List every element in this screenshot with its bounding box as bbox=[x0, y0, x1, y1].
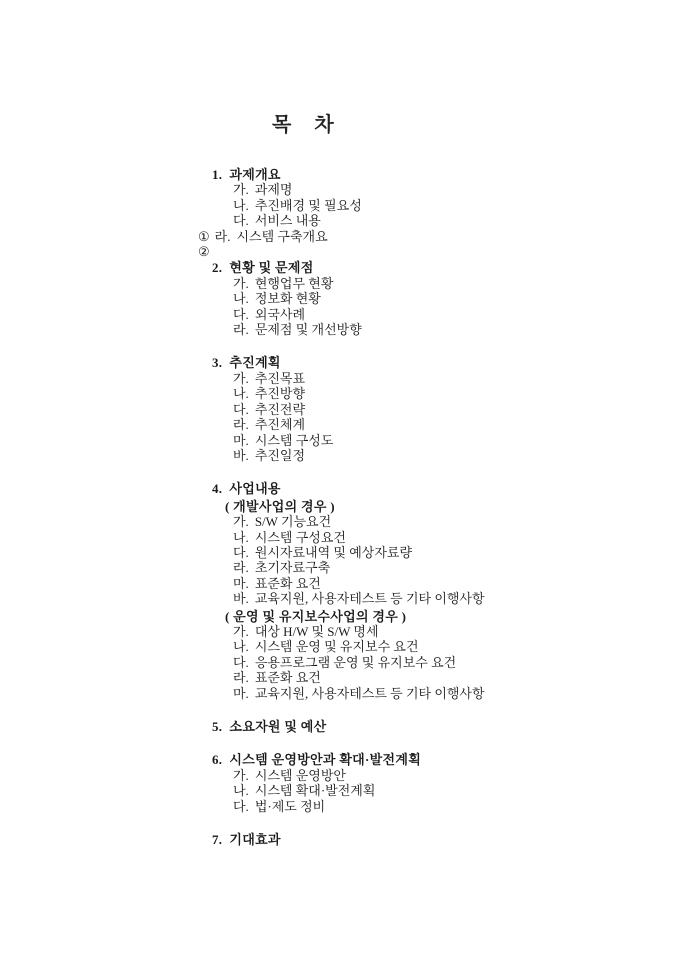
toc-item: 다.서비스 내용 bbox=[233, 213, 640, 228]
circled-number-marker: ① bbox=[198, 229, 210, 244]
item-label: 라. bbox=[233, 322, 249, 337]
item-label: 라. bbox=[233, 670, 249, 685]
toc-item: 나.정보화 현황 bbox=[233, 291, 640, 306]
toc-item: 마.시스템 구성도 bbox=[233, 433, 640, 448]
toc-item: 라.추진체계 bbox=[233, 417, 640, 432]
item-label: 다. bbox=[233, 545, 249, 560]
item-label: 다. bbox=[233, 799, 249, 814]
item-label: 나. bbox=[233, 783, 249, 798]
section-heading: 6.시스템 운영방안과 확대·발전계획 bbox=[212, 752, 640, 767]
section-number: 6. bbox=[212, 752, 222, 767]
item-text: 시스템 구성도 bbox=[255, 433, 334, 448]
item-text: 교육지원, 사용자테스트 등 기타 이행사항 bbox=[255, 591, 485, 606]
item-text: 시스템 운영 및 유지보수 요건 bbox=[255, 639, 419, 654]
item-text: 응용프로그램 운영 및 유지보수 요건 bbox=[255, 655, 456, 670]
document-page: 목 차 1.과제개요가.과제명나.추진배경 및 필요성다.서비스 내용①라.시스… bbox=[0, 0, 680, 962]
item-text: 추진목표 bbox=[255, 371, 305, 386]
item-label: 가. bbox=[233, 371, 249, 386]
toc-item: 가.S/W 기능요건 bbox=[233, 514, 640, 529]
section-number: 5. bbox=[212, 719, 222, 734]
item-label: 다. bbox=[233, 402, 249, 417]
toc-section: 6.시스템 운영방안과 확대·발전계획가.시스템 운영방안나.시스템 확대·발전… bbox=[212, 752, 640, 814]
toc-item: 마.교육지원, 사용자테스트 등 기타 이행사항 bbox=[233, 686, 640, 701]
toc-item: 라.표준화 요건 bbox=[233, 670, 640, 685]
circled-number-marker: ② bbox=[198, 244, 210, 259]
section-title: 추진계획 bbox=[229, 355, 280, 370]
item-label: 다. bbox=[233, 655, 249, 670]
item-label: 바. bbox=[233, 448, 249, 463]
section-number: 1. bbox=[212, 167, 222, 182]
toc-item: ② bbox=[198, 244, 640, 259]
toc-item: 라.초기자료구축 bbox=[233, 560, 640, 575]
toc-item: 다.응용프로그램 운영 및 유지보수 요건 bbox=[233, 655, 640, 670]
toc-section: 4.사업내용( 개발사업의 경우 )가.S/W 기능요건나.시스템 구성요건다.… bbox=[212, 481, 640, 701]
section-number: 3. bbox=[212, 355, 222, 370]
item-label: 나. bbox=[233, 639, 249, 654]
toc-item: 나.시스템 구성요건 bbox=[233, 530, 640, 545]
item-label: 다. bbox=[233, 213, 249, 228]
toc-item: 가.대상 H/W 및 S/W 명세 bbox=[233, 624, 640, 639]
toc-item: 가.현행업무 현황 bbox=[233, 276, 640, 291]
page-title: 목 차 bbox=[272, 108, 640, 137]
item-text: 법·제도 정비 bbox=[255, 799, 325, 814]
section-title: 사업내용 bbox=[229, 481, 280, 496]
item-label: 다. bbox=[233, 307, 249, 322]
item-text: 대상 H/W 및 S/W 명세 bbox=[255, 624, 379, 639]
item-label: 바. bbox=[233, 591, 249, 606]
section-heading: 5.소요자원 및 예산 bbox=[212, 719, 640, 734]
toc-section: 2.현황 및 문제점가.현행업무 현황나.정보화 현황다.외국사례라.문제점 및… bbox=[212, 260, 640, 337]
toc-item: 라.문제점 및 개선방향 bbox=[233, 322, 640, 337]
section-number: 4. bbox=[212, 481, 222, 496]
toc-item: 가.시스템 운영방안 bbox=[233, 768, 640, 783]
section-title: 시스템 운영방안과 확대·발전계획 bbox=[229, 752, 421, 767]
item-text: 교육지원, 사용자테스트 등 기타 이행사항 bbox=[255, 686, 485, 701]
toc-section: 7.기대효과 bbox=[212, 832, 640, 847]
toc-item: 가.추진목표 bbox=[233, 371, 640, 386]
section-title: 기대효과 bbox=[229, 832, 280, 847]
item-label: 가. bbox=[233, 514, 249, 529]
section-heading: 3.추진계획 bbox=[212, 355, 640, 370]
toc-sections: 1.과제개요가.과제명나.추진배경 및 필요성다.서비스 내용①라.시스템 구축… bbox=[212, 167, 640, 847]
item-text: 추진전략 bbox=[255, 402, 305, 417]
section-title: 과제개요 bbox=[229, 167, 280, 182]
section-title: 소요자원 및 예산 bbox=[229, 719, 326, 734]
section-number: 2. bbox=[212, 260, 222, 275]
toc-item: 바.추진일정 bbox=[233, 448, 640, 463]
section-heading: 4.사업내용 bbox=[212, 481, 640, 496]
item-label: 가. bbox=[233, 182, 249, 197]
item-label: 나. bbox=[233, 386, 249, 401]
section-heading: 1.과제개요 bbox=[212, 167, 640, 182]
item-label: 가. bbox=[233, 276, 249, 291]
item-text: 원시자료내역 및 예상자료량 bbox=[255, 545, 412, 560]
item-text: 표준화 요건 bbox=[255, 670, 321, 685]
section-title: 현황 및 문제점 bbox=[229, 260, 313, 275]
item-label: 가. bbox=[233, 768, 249, 783]
item-text: 시스템 확대·발전계획 bbox=[255, 783, 376, 798]
section-heading: 2.현황 및 문제점 bbox=[212, 260, 640, 275]
item-label: 라. bbox=[215, 229, 231, 244]
item-label: 마. bbox=[233, 686, 249, 701]
item-text: 추진일정 bbox=[255, 448, 305, 463]
toc-item: 다.추진전략 bbox=[233, 402, 640, 417]
item-text: 문제점 및 개선방향 bbox=[255, 322, 362, 337]
item-label: 가. bbox=[233, 624, 249, 639]
item-text: 시스템 구성요건 bbox=[255, 530, 346, 545]
item-text: 초기자료구축 bbox=[255, 560, 330, 575]
toc-item: 다.외국사례 bbox=[233, 307, 640, 322]
item-label: 마. bbox=[233, 576, 249, 591]
toc-section: 1.과제개요가.과제명나.추진배경 및 필요성다.서비스 내용①라.시스템 구축… bbox=[212, 167, 640, 259]
item-text: 시스템 구축개요 bbox=[236, 229, 327, 244]
toc-item: 나.시스템 운영 및 유지보수 요건 bbox=[233, 639, 640, 654]
section-heading: 7.기대효과 bbox=[212, 832, 640, 847]
item-text: 표준화 요건 bbox=[255, 576, 321, 591]
item-text: 정보화 현황 bbox=[255, 291, 321, 306]
toc-section: 3.추진계획가.추진목표나.추진방향다.추진전략라.추진체계마.시스템 구성도바… bbox=[212, 355, 640, 463]
toc-item: 나.추진방향 bbox=[233, 386, 640, 401]
group-heading: ( 운영 및 유지보수사업의 경우 ) bbox=[225, 609, 640, 624]
toc-section: 5.소요자원 및 예산 bbox=[212, 719, 640, 734]
toc-item: 바.교육지원, 사용자테스트 등 기타 이행사항 bbox=[233, 591, 640, 606]
toc-item: 나.추진배경 및 필요성 bbox=[233, 198, 640, 213]
item-label: 라. bbox=[233, 560, 249, 575]
item-text: 추진배경 및 필요성 bbox=[255, 198, 362, 213]
item-text: 추진방향 bbox=[255, 386, 305, 401]
page-content: 목 차 1.과제개요가.과제명나.추진배경 및 필요성다.서비스 내용①라.시스… bbox=[0, 0, 680, 847]
toc-item: 가.과제명 bbox=[233, 182, 640, 197]
item-label: 라. bbox=[233, 417, 249, 432]
group-heading: ( 개발사업의 경우 ) bbox=[225, 499, 640, 514]
item-text: 현행업무 현황 bbox=[255, 276, 334, 291]
item-text: 시스템 운영방안 bbox=[255, 768, 346, 783]
item-text: 추진체계 bbox=[255, 417, 305, 432]
item-text: S/W 기능요건 bbox=[255, 514, 331, 529]
item-label: 나. bbox=[233, 291, 249, 306]
section-number: 7. bbox=[212, 832, 222, 847]
toc-item: 다.원시자료내역 및 예상자료량 bbox=[233, 545, 640, 560]
toc-item: 다.법·제도 정비 bbox=[233, 799, 640, 814]
item-text: 외국사례 bbox=[255, 307, 305, 322]
item-label: 나. bbox=[233, 530, 249, 545]
item-label: 마. bbox=[233, 433, 249, 448]
item-label: 나. bbox=[233, 198, 249, 213]
toc-item: 마.표준화 요건 bbox=[233, 576, 640, 591]
item-text: 과제명 bbox=[255, 182, 293, 197]
toc-item: ①라.시스템 구축개요 bbox=[198, 229, 640, 244]
toc-item: 나.시스템 확대·발전계획 bbox=[233, 783, 640, 798]
item-text: 서비스 내용 bbox=[255, 213, 321, 228]
